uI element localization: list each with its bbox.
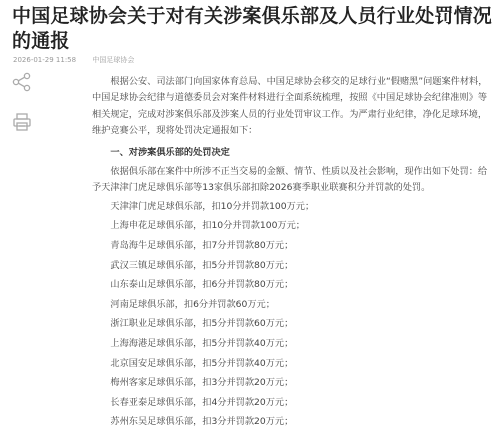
side-toolbar [12,72,34,152]
penalty-item: 梅州客家足球俱乐部，扣3分并罚款20万元； [92,373,492,393]
penalty-item: 上海申花足球俱乐部，扣10分并罚款100万元； [92,216,492,236]
publish-date: 2026-01-29 11:58 [13,56,76,64]
penalty-item: 北京国安足球俱乐部，扣5分并罚款40万元； [92,354,492,374]
share-icon[interactable] [12,72,32,92]
penalty-item: 苏州东吴足球俱乐部，扣3分并罚款20万元； [92,412,492,432]
article-meta: 2026-01-29 11:58 中国足球协会 [13,55,148,65]
penalty-item: 上海海港足球俱乐部，扣5分并罚款40万元； [92,334,492,354]
penalty-item: 天津津门虎足球俱乐部，扣10分并罚款100万元； [92,197,492,217]
penalty-list: 天津津门虎足球俱乐部，扣10分并罚款100万元； 上海申花足球俱乐部，扣10分并… [92,197,492,432]
penalty-item: 长春亚泰足球俱乐部，扣4分并罚款20万元； [92,393,492,413]
print-icon[interactable] [12,112,32,132]
penalty-item: 浙江职业足球俱乐部，扣5分并罚款60万元； [92,314,492,334]
penalty-item: 河南足球俱乐部，扣6分并罚款60万元； [92,295,492,315]
intro-paragraph: 根据公安、司法部门向国家体育总局、中国足球协会移交的足球行业“假赌黑”问题案件材… [92,74,492,140]
section-heading: 一、对涉案俱乐部的处罚决定 [92,145,492,161]
penalty-item: 山东泰山足球俱乐部，扣6分并罚款80万元； [92,275,492,295]
penalty-item: 武汉三镇足球俱乐部，扣5分并罚款80万元； [92,256,492,276]
article-source: 中国足球协会 [92,56,134,64]
penalty-item: 青岛海牛足球俱乐部，扣7分并罚款80万元； [92,236,492,256]
section-paragraph: 依据俱乐部在案件中所涉不正当交易的金额、情节、性质以及社会影响，现作出如下处罚：… [92,164,492,197]
article-title: 中国足球协会关于对有关涉案俱乐部及人员行业处罚情况的通报 [12,4,492,54]
article-body: 根据公安、司法部门向国家体育总局、中国足球协会移交的足球行业“假赌黑”问题案件材… [92,74,492,432]
